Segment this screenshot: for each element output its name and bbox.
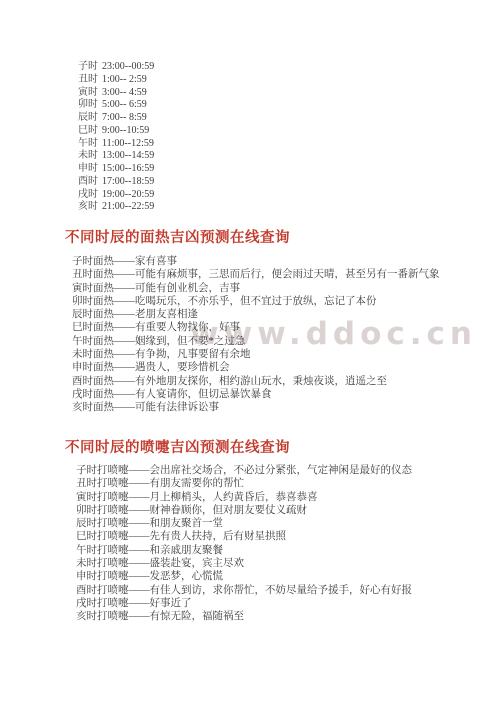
prediction-line: 申时打喷嚏——发恶梦，心慌慌 — [76, 570, 412, 583]
time-row-name: 辰时 — [78, 112, 98, 123]
time-row: 戌时19:00--20:59 — [78, 189, 154, 202]
time-row-name: 亥时 — [78, 201, 98, 212]
prediction-line: 午时面热——姻缘到，但不要*之过急 — [72, 335, 440, 348]
prediction-line: 亥时面热——可能有法律诉讼事 — [72, 401, 440, 414]
time-row-name: 子时 — [78, 61, 98, 72]
prediction-line: 未时打喷嚏——盛装赴宴，宾主尽欢 — [76, 557, 412, 570]
time-row: 子时23:00--00:59 — [78, 61, 154, 74]
time-row: 巳时9:00--10:59 — [78, 125, 154, 138]
time-row-range: 23:00--00:59 — [102, 61, 154, 72]
time-row: 寅时3:00-- 4:59 — [78, 87, 154, 100]
time-row: 丑时1:00-- 2:59 — [78, 74, 154, 87]
time-row-name: 卯时 — [78, 99, 98, 110]
section-heading-mianre: 不同时辰的面热吉凶预测在线查询 — [65, 226, 290, 247]
prediction-line: 丑时打喷嚏——有朋友需要你的帮忙 — [76, 477, 412, 490]
time-row: 午时11:00--12:59 — [78, 138, 154, 151]
prediction-line: 酉时打喷嚏——有佳人到访，求你帮忙，不妨尽量给予援手，好心有好报 — [76, 584, 412, 597]
prediction-line: 未时面热——有争拗，凡事要留有余地 — [72, 348, 440, 361]
time-row-range: 13:00--14:59 — [102, 150, 154, 161]
time-row: 卯时5:00-- 6:59 — [78, 99, 154, 112]
time-row-name: 酉时 — [78, 176, 98, 187]
document-page: www.ddoc.cn 子时23:00--00:59 丑时1:00-- 2:59… — [0, 0, 500, 708]
prediction-line: 卯时打喷嚏——财神眷顾你，但对朋友要仗义疏财 — [76, 504, 412, 517]
prediction-line: 寅时打喷嚏——月上柳梢头，人约黄昏后，恭喜恭喜 — [76, 491, 412, 504]
prediction-line: 午时打喷嚏——和亲戚朋友聚餐 — [76, 544, 412, 557]
section-items-mianre: 子时面热——家有喜事 丑时面热——可能有麻烦事，三思而后行，便会雨过天晴，甚至另… — [72, 255, 440, 415]
time-row: 未时13:00--14:59 — [78, 150, 154, 163]
time-row: 酉时17:00--18:59 — [78, 176, 154, 189]
time-row-range: 11:00--12:59 — [102, 138, 154, 149]
time-row-range: 1:00-- 2:59 — [102, 74, 147, 85]
time-row: 亥时21:00--22:59 — [78, 201, 154, 214]
prediction-line: 巳时面热——有重要人物找你，好事 — [72, 321, 440, 334]
time-row-range: 7:00-- 8:59 — [102, 112, 147, 123]
prediction-line: 巳时打喷嚏——先有贵人扶持，后有财星拱照 — [76, 530, 412, 543]
time-row-name: 丑时 — [78, 74, 98, 85]
prediction-line: 子时打喷嚏——会出席社交场合，不必过分紧张，气定神闲是最好的仪态 — [76, 464, 412, 477]
prediction-line: 亥时打喷嚏——有惊无险，福随祸至 — [76, 610, 412, 623]
time-row-name: 戌时 — [78, 189, 98, 200]
time-row: 申时15:00--16:59 — [78, 163, 154, 176]
prediction-line: 丑时面热——可能有麻烦事，三思而后行，便会雨过天晴，甚至另有一番新气象 — [72, 268, 440, 281]
time-row-range: 9:00--10:59 — [102, 125, 149, 136]
time-row-range: 19:00--20:59 — [102, 189, 154, 200]
time-row-name: 寅时 — [78, 87, 98, 98]
prediction-line: 子时面热——家有喜事 — [72, 255, 440, 268]
prediction-line: 戌时面热——有人宴请你，但切忌暴饮暴食 — [72, 388, 440, 401]
section-items-penti: 子时打喷嚏——会出席社交场合，不必过分紧张，气定神闲是最好的仪态 丑时打喷嚏——… — [76, 464, 412, 624]
prediction-line: 酉时面热——有外地朋友探你，相约游山玩水，秉烛夜谈，逍遥之至 — [72, 375, 440, 388]
time-row-name: 申时 — [78, 163, 98, 174]
time-row: 辰时7:00-- 8:59 — [78, 112, 154, 125]
time-row-range: 21:00--22:59 — [102, 201, 154, 212]
prediction-line: 卯时面热——吃喝玩乐，不亦乐乎，但不宜过于放纵，忘记了本份 — [72, 295, 440, 308]
prediction-line: 戌时打喷嚏——好事近了 — [76, 597, 412, 610]
time-row-range: 5:00-- 6:59 — [102, 99, 147, 110]
prediction-line: 辰时打喷嚏——和朋友聚首一堂 — [76, 517, 412, 530]
shichen-time-list: 子时23:00--00:59 丑时1:00-- 2:59 寅时3:00-- 4:… — [78, 61, 154, 214]
prediction-line: 申时面热——遇贵人，要珍惜机会 — [72, 361, 440, 374]
prediction-line: 寅时面热——可能有创业机会，吉事 — [72, 282, 440, 295]
time-row-range: 3:00-- 4:59 — [102, 87, 147, 98]
time-row-range: 15:00--16:59 — [102, 163, 154, 174]
time-row-range: 17:00--18:59 — [102, 176, 154, 187]
time-row-name: 午时 — [78, 138, 98, 149]
time-row-name: 未时 — [78, 150, 98, 161]
time-row-name: 巳时 — [78, 125, 98, 136]
section-heading-penti: 不同时辰的喷嚏吉凶预测在线查询 — [65, 436, 290, 457]
prediction-line: 辰时面热——老朋友喜相逢 — [72, 308, 440, 321]
